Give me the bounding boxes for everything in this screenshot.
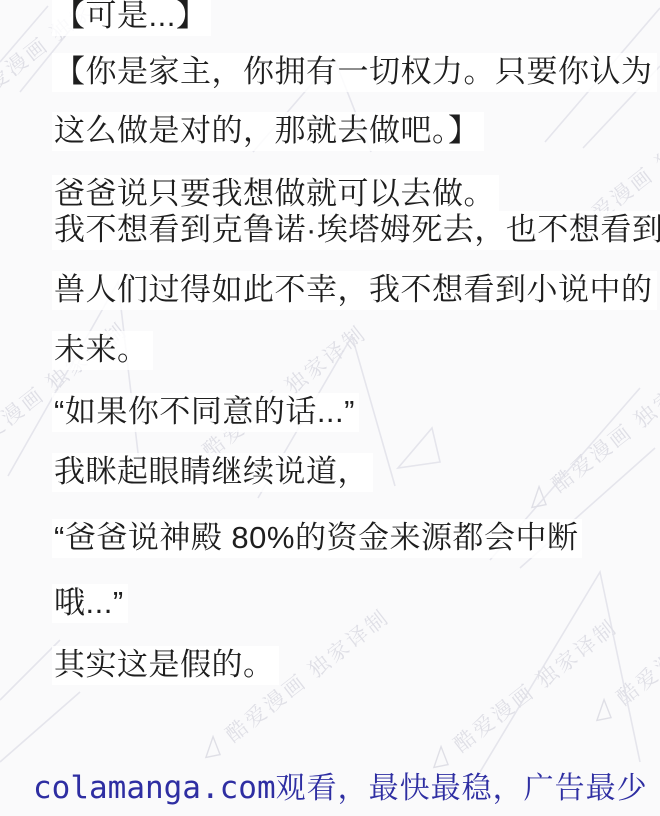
novel-text-line: 兽人们过得如此不幸，我不想看到小说中的 [52,271,657,310]
novel-text-line: “爸爸说神殿 80%的资金来源都会中断 [52,519,582,558]
watermark-arrow-icon [586,696,620,730]
novel-text-line: “如果你不同意的话...” [52,393,359,432]
novel-text-line: 其实这是假的。 [52,646,279,685]
novel-text-page: 酷爱漫画 独家译制 酷爱漫画 独家译制 酷爱漫画 独家译制 酷爱漫画 独家译制 … [0,0,660,816]
novel-text-line: 爸爸说只要我想做就可以去做。 [52,175,499,214]
watermark-text: 酷爱漫画 独家译制 [545,351,660,498]
novel-text-line: 这么做是对的，那就去做吧。】 [52,112,484,151]
novel-text-line: 我不想看到克鲁诺·埃塔姆死去，也不想看到 [52,211,660,250]
watermark-unit: 酷爱漫画 独家译制 [193,601,396,769]
watermark-text: 酷爱漫画 独家译制 [610,564,660,711]
watermark-unit: 酷爱漫画 独家译制 [584,564,660,732]
watermark-unit: 酷爱漫画 独家译制 [196,318,373,465]
novel-text-line: 未来。 [52,331,153,370]
novel-text-line: 哦...” [52,584,128,623]
promo-site-slogan: 观看，最快最稳，广告最少 [276,771,648,806]
novel-text-line: 我眯起眼睛继续说道， [52,453,373,492]
watermark-text: 酷爱漫画 独家译制 [196,318,373,465]
watermark-text: 酷爱漫画 独家译制 [447,611,624,758]
watermark-unit: 酷爱漫画 独家译制 [519,351,660,519]
novel-text-line: 【你是家主，你拥有一切权力。只要你认为 [52,53,657,92]
promo-site-url: colamanga.com [33,770,276,806]
watermark-arrow-icon [521,483,555,517]
watermark-arrow-icon [195,733,229,767]
novel-text-line: 【可是...】 [52,0,211,36]
promo-site-line: colamanga.com观看，最快最稳，广告最少 [33,763,648,807]
watermark-unit: 酷爱漫画 独家译制 [421,611,624,779]
